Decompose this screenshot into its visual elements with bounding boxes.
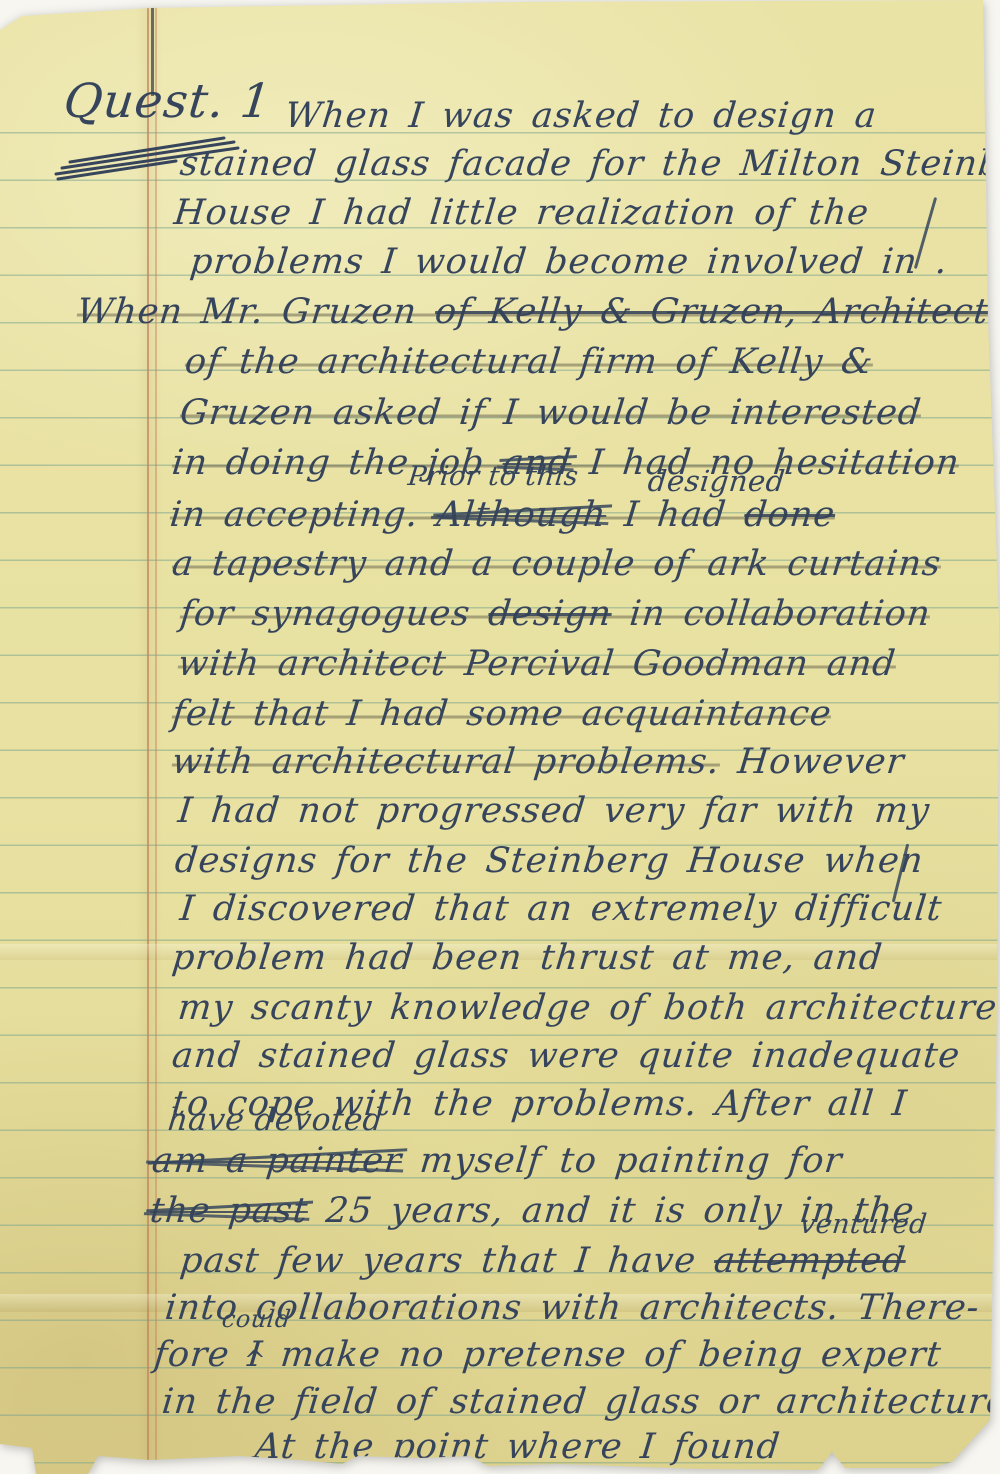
struck-text: design	[486, 594, 613, 634]
manuscript-line: for synagogues design in collaboration	[178, 593, 933, 635]
hand-text: in the field of stained glass or archite…	[160, 1382, 1000, 1422]
manuscript-line: am a painter myself to painting for	[150, 1140, 845, 1182]
vertical-pen-mark	[151, 0, 154, 96]
manuscript-line: a tapestry and a couple of ark curtains	[170, 543, 943, 585]
manuscript-line: past few years that I have attempted	[178, 1240, 908, 1282]
hand-text: felt that I had some acquaintance	[170, 694, 834, 734]
manuscript-line: fore I make no pretense of being expert	[152, 1334, 944, 1376]
hand-text: for synagogues	[178, 594, 490, 634]
struck-text: attempted	[712, 1241, 908, 1281]
hand-text: in collaboration	[610, 594, 933, 634]
manuscript-line: I discovered that an extremely difficult	[178, 888, 944, 930]
hand-text: designs for the Steinberg House when	[173, 841, 925, 881]
manuscript-line: of the architectural firm of Kelly &	[183, 341, 876, 383]
manuscript-line: felt that I had some acquaintance	[170, 693, 834, 735]
hand-text: with architect Percival Goodman and	[176, 644, 898, 684]
hand-text: a tapestry and a couple of ark curtains	[170, 544, 943, 584]
legal-pad-page: Quest. 1 When I was asked to design asta…	[0, 0, 1000, 1474]
struck-text: done	[742, 495, 837, 535]
hand-text: I had	[604, 495, 746, 535]
manuscript-line: designs for the Steinberg House when	[173, 840, 926, 882]
manuscript-line: in the field of stained glass or archite…	[160, 1381, 1000, 1423]
manuscript-line: problems I would become involved in .	[188, 241, 950, 283]
question-heading: Quest. 1	[61, 74, 274, 129]
inserted-correction-text: Prior to this	[406, 462, 579, 492]
caret-mark: ^	[244, 1348, 266, 1374]
struck-text: am a painter	[150, 1141, 404, 1181]
hand-text: myself to painting for	[400, 1141, 845, 1181]
manuscript-line: my scanty knowledge of both architecture	[176, 987, 1000, 1029]
scanned-page-wrapper: Quest. 1 When I was asked to design asta…	[0, 0, 1000, 1474]
struck-text: the past	[148, 1191, 310, 1231]
hand-text: problem had been thrust at me, and	[170, 938, 885, 978]
inserted-correction-text: ventured	[798, 1210, 928, 1240]
hand-text: stained glass facade for the Milton Stei…	[178, 144, 1000, 184]
hand-text: in accepting.	[168, 495, 439, 535]
hand-text: I had not progressed very far with my	[176, 791, 932, 831]
hand-text: of the architectural firm of Kelly &	[183, 342, 875, 382]
vertical-fold-crease	[136, 0, 162, 1474]
inserted-correction-text: have devoted	[166, 1103, 385, 1137]
struck-text: Although	[435, 495, 609, 535]
hand-text: When I was asked to design a	[283, 96, 879, 136]
hand-text: I discovered that an extremely difficult	[178, 889, 944, 929]
manuscript-line: in accepting. Although I had done	[168, 494, 837, 536]
manuscript-line: Gruzen asked if I would be interested	[178, 392, 924, 434]
manuscript-line: and stained glass were quite inadequate	[170, 1035, 962, 1077]
inserted-correction-text: designed	[646, 466, 786, 498]
hand-text: However	[718, 742, 907, 782]
manuscript-line: When I was asked to design a	[283, 95, 879, 137]
hand-text: past few years that I have	[178, 1241, 716, 1281]
manuscript-line: When Mr. Gruzen of Kelly & Gruzen, Archi…	[75, 291, 1000, 333]
hand-text: and stained glass were quite inadequate	[170, 1036, 962, 1076]
manuscript-line: problem had been thrust at me, and	[170, 937, 885, 979]
inserted-correction-text: could	[221, 1306, 293, 1332]
hand-text: At the point where I found	[253, 1427, 782, 1467]
hand-text: When Mr. Gruzen	[75, 292, 437, 332]
hand-text: Gruzen asked if I would be interested	[178, 393, 923, 433]
hand-text: problems I would become involved in .	[188, 242, 950, 282]
manuscript-line: with architectural problems. However	[170, 741, 907, 783]
manuscript-line: House I had little realization of the	[172, 192, 871, 234]
manuscript-line: I had not progressed very far with my	[176, 790, 932, 832]
manuscript-line: with architect Percival Goodman and	[176, 643, 898, 685]
manuscript-line: At the point where I found	[253, 1426, 782, 1468]
hand-text: my scanty knowledge of both architecture	[176, 988, 999, 1028]
hand-text: House I had little realization of the	[172, 193, 871, 233]
struck-text: of Kelly & Gruzen, Architects	[433, 292, 1000, 332]
manuscript-line: stained glass facade for the Milton Stei…	[178, 143, 1000, 185]
hand-text: fore I make no pretense of being expert	[152, 1335, 943, 1375]
hand-text: with architectural problems.	[170, 742, 722, 782]
